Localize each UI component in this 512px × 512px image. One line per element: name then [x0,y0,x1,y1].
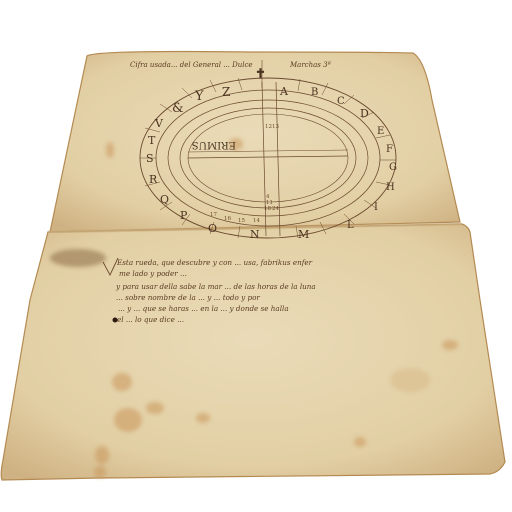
wheel-letter-b: B [311,87,318,98]
wheel-letter-l: L [347,220,354,231]
wheel-letter-q: Q [160,193,169,206]
wheel-letter-d: D [360,107,369,120]
text-line-5: ... y ... que se haras ... en la ... y d… [118,304,289,313]
inner-number: 16 [224,216,231,222]
inner-number: 12 [265,124,272,130]
inner-number: 14 [253,218,260,224]
wheel-letter-a: A [279,85,289,98]
cross-symbol: ✝ [255,67,266,82]
inner-number: 15 [238,218,245,224]
manuscript-illustration: Cifra usada... del General ... Dulce Mar… [0,0,512,512]
wheel-letter-v: V [154,117,164,130]
wheel-letter-t: T [148,134,156,147]
wheel-letter-i: I [374,202,378,213]
wheel-letter-o: O [208,222,217,235]
text-line-6: el ... lo que dice ... [117,315,184,324]
wheel-letter-et: & [172,101,184,116]
header-right-annotation: Marchas 3ª [289,61,332,69]
wheel-letter-s: S [146,152,154,165]
inner-number: 13 [272,124,279,130]
wheel-letter-h: H [386,182,395,193]
wheel-letter-y: Y [194,89,204,104]
header-left-annotation: Cifra usada... del General ... Dulce [130,61,253,69]
inner-number: 17 [210,212,217,218]
wheel-letter-p: P [180,209,188,222]
wheel-letter-n: N [250,228,260,241]
text-line-3: y para usar della sabe la mar ... de las… [115,282,316,291]
inner-number: 24 [272,206,279,212]
text-line-4: ... sobre nombre de la ... y ... todo y … [116,293,260,302]
manuscript-photo: Cifra usada... del General ... Dulce Mar… [0,0,512,512]
text-line-1: Esta rueda, que descubre y con ... usa, … [116,258,313,267]
wheel-letter-f: F [386,144,393,155]
wheel-letter-m: M [298,228,309,241]
inner-word: ERIMUS [192,139,236,150]
wheel-letter-c: C [337,96,345,107]
text-line-2: me lado y poder ... [119,269,187,278]
wheel-letter-e: E [377,126,384,137]
inner-number: 18 [264,206,271,212]
wheel-letter-r: R [149,173,158,186]
wheel-letter-g: G [389,162,397,173]
wheel-letter-z: Z [222,85,230,99]
